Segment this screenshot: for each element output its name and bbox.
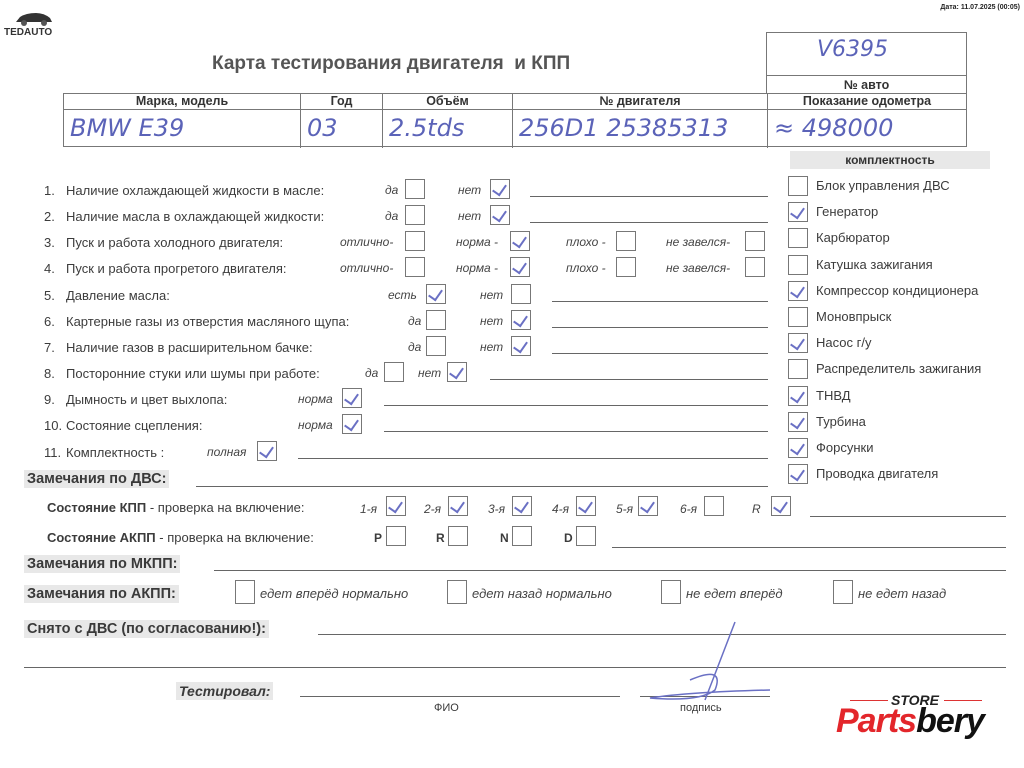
kit-checkbox[interactable] [788, 176, 808, 196]
akpp-option-label: не едет вперёд [686, 586, 783, 601]
gear-checkbox-6[interactable] [704, 496, 724, 516]
option-label: не завелся- [666, 261, 730, 275]
mkpp-remarks-label: Замечания по МКПП: [24, 555, 180, 573]
check-text: Комплектность : [66, 445, 164, 460]
option-label: нет [458, 183, 481, 197]
check-6-option-2[interactable] [511, 310, 531, 330]
kit-checkbox[interactable] [788, 307, 808, 327]
check-3-option-4[interactable] [745, 231, 765, 251]
check-text: Дымность и цвет выхлопа: [66, 392, 227, 407]
volume-value: 2.5tds [389, 111, 508, 145]
option-label: нет [458, 209, 481, 223]
check-notes-line[interactable] [530, 196, 768, 197]
check-5-option-1[interactable] [426, 284, 446, 304]
kit-item-label: Катушка зажигания [816, 257, 933, 272]
akpp-option-checkbox-1[interactable] [235, 580, 255, 604]
page-title: Карта тестирования двигателя и КПП [212, 53, 570, 75]
check-number: 2. [44, 209, 55, 224]
akpp-gear-checkbox-2[interactable] [448, 526, 468, 546]
option-label: да [365, 366, 378, 380]
engine-remarks-line[interactable] [196, 486, 768, 487]
check-notes-line[interactable] [530, 222, 768, 223]
col-odometer: Показание одометра ≈ 498000 [767, 94, 966, 148]
check-number: 1. [44, 183, 55, 198]
check-number: 8. [44, 366, 55, 381]
kit-checkbox[interactable] [788, 438, 808, 458]
kit-checkbox[interactable] [788, 202, 808, 222]
option-label: плохо - [566, 261, 606, 275]
store-logo-red: Parts [836, 702, 916, 740]
kit-checkbox[interactable] [788, 359, 808, 379]
check-4-option-2[interactable] [510, 257, 530, 277]
check-number: 11. [44, 445, 61, 460]
gear-label: R [752, 502, 761, 516]
kit-item-label: Блок управления ДВС [816, 178, 950, 193]
check-number: 7. [44, 340, 55, 355]
mkpp-remarks-line[interactable] [214, 570, 1006, 571]
check-notes-line[interactable] [384, 405, 768, 406]
option-label: отлично- [340, 261, 393, 275]
check-5-option-2[interactable] [511, 284, 531, 304]
check-text: Наличие газов в расширительном бачке: [66, 340, 313, 355]
gear-label: 5-я [616, 502, 633, 516]
check-4-option-1[interactable] [405, 257, 425, 277]
check-text: Посторонние стуки или шумы при работе: [66, 366, 320, 381]
check-1-option-1[interactable] [405, 179, 425, 199]
option-label: нет [418, 366, 441, 380]
akpp-option-checkbox-4[interactable] [833, 580, 853, 604]
gear-label: 1-я [360, 502, 377, 516]
col-volume: Объём 2.5tds [382, 94, 512, 148]
kit-item-label: Турбина [816, 414, 866, 429]
gear-label: 3-я [488, 502, 505, 516]
kit-checkbox[interactable] [788, 464, 808, 484]
check-4-option-3[interactable] [616, 257, 636, 277]
akpp-option-label: едет вперёд нормально [260, 586, 408, 601]
option-label: да [385, 209, 398, 223]
auto-gearbox-label: Состояние АКПП - проверка на включение: [47, 530, 314, 545]
gear-checkbox-1[interactable] [386, 496, 406, 516]
option-label: плохо - [566, 235, 606, 249]
check-number: 6. [44, 314, 55, 329]
check-2-option-1[interactable] [405, 205, 425, 225]
removed-label: Снято с ДВС (по согласованию!): [24, 620, 269, 638]
gear-checkbox-7[interactable] [771, 496, 791, 516]
check-6-option-1[interactable] [426, 310, 446, 330]
akpp-gear-checkbox-3[interactable] [512, 526, 532, 546]
check-number: 10. [44, 418, 62, 433]
akpp-gear-label: D [564, 531, 573, 545]
kit-item-label: Форсунки [816, 440, 873, 455]
store-logo-black: bery [916, 702, 984, 740]
option-label: не завелся- [666, 235, 730, 249]
gear-label: 2-я [424, 502, 441, 516]
kit-item-label: Насос г/у [816, 335, 871, 350]
vehicle-info-table: Марка, модель BMW E39 Год 03 Объём 2.5td… [63, 93, 967, 147]
option-label: есть [388, 288, 417, 302]
akpp-gear-label: P [374, 531, 382, 545]
check-number: 5. [44, 288, 55, 303]
akpp-gear-checkbox-1[interactable] [386, 526, 406, 546]
kit-checkbox[interactable] [788, 333, 808, 353]
check-4-option-4[interactable] [745, 257, 765, 277]
year-value: 03 [307, 111, 378, 145]
option-label: полная [207, 445, 246, 459]
check-9-option-1[interactable] [342, 388, 362, 408]
check-number: 9. [44, 392, 55, 407]
akpp-option-checkbox-2[interactable] [447, 580, 467, 604]
kit-item-label: Распределитель зажигания [816, 361, 981, 376]
auto-number-box: V6395 № авто [766, 32, 967, 94]
engine-remarks-label: Замечания по ДВС: [24, 470, 169, 488]
check-notes-line[interactable] [552, 353, 768, 354]
kit-item-label: Проводка двигателя [816, 466, 938, 481]
check-text: Состояние сцепления: [66, 418, 202, 433]
check-text: Давление масла: [66, 288, 170, 303]
check-text: Наличие масла в охлаждающей жидкости: [66, 209, 324, 224]
tedauto-logo: TEDAUTO [4, 10, 64, 40]
col-make-model: Марка, модель BMW E39 [64, 94, 300, 148]
kit-checkbox[interactable] [788, 228, 808, 248]
check-notes-line[interactable] [552, 327, 768, 328]
gear-label: 6-я [680, 502, 697, 516]
check-11-option-1[interactable] [257, 441, 277, 461]
brand-text: TEDAUTO [4, 27, 52, 38]
check-notes-line[interactable] [384, 431, 768, 432]
kit-item-label: Карбюратор [816, 230, 890, 245]
check-8-option-1[interactable] [384, 362, 404, 382]
check-number: 4. [44, 261, 55, 276]
akpp-option-label: не едет назад [858, 586, 946, 601]
kit-checkbox[interactable] [788, 386, 808, 406]
check-notes-line[interactable] [490, 379, 768, 380]
akpp-gear-checkbox-4[interactable] [576, 526, 596, 546]
option-label: да [408, 314, 421, 328]
kit-title: комплектность [790, 151, 990, 169]
check-text: Пуск и работа холодного двигателя: [66, 235, 283, 250]
gear-checkbox-3[interactable] [512, 496, 532, 516]
akpp-remarks-label: Замечания по АКПП: [24, 585, 179, 603]
auto-number-value: V6395 [817, 37, 888, 62]
gear-label: 4-я [552, 502, 569, 516]
date-stamp: Дата: 11.07.2025 (00:05) [940, 4, 1020, 11]
akpp-option-label: едет назад нормально [472, 586, 612, 601]
gear-checkbox-2[interactable] [448, 496, 468, 516]
check-8-option-2[interactable] [447, 362, 467, 382]
kit-checkbox[interactable] [788, 412, 808, 432]
gear-checkbox-5[interactable] [638, 496, 658, 516]
store-logo: STORE Partsbery [836, 692, 1006, 752]
check-text: Пуск и работа прогретого двигателя: [66, 261, 286, 276]
akpp-gear-label: N [500, 531, 509, 545]
check-3-option-2[interactable] [510, 231, 530, 251]
option-label: норма - [456, 235, 498, 249]
check-2-option-2[interactable] [490, 205, 510, 225]
option-label: норма [298, 392, 333, 406]
check-notes-line[interactable] [552, 301, 768, 302]
check-number: 3. [44, 235, 55, 250]
check-3-option-3[interactable] [616, 231, 636, 251]
check-10-option-1[interactable] [342, 414, 362, 434]
option-label: нет [480, 314, 503, 328]
kit-checkbox[interactable] [788, 255, 808, 275]
check-notes-line[interactable] [298, 458, 768, 459]
check-text: Картерные газы из отверстия масляного щу… [66, 314, 349, 329]
check-text: Наличие охлаждающей жидкости в масле: [66, 183, 324, 198]
car-icon [14, 10, 54, 26]
option-label: нет [480, 340, 503, 354]
odometer-value: ≈ 498000 [774, 111, 962, 145]
name-caption: ФИО [434, 702, 459, 714]
kit-item-label: Генератор [816, 204, 878, 219]
name-line[interactable] [300, 696, 620, 697]
option-label: нет [480, 288, 503, 302]
check-3-option-1[interactable] [405, 231, 425, 251]
option-label: да [408, 340, 421, 354]
engine-number-value: 256D1 25385313 [519, 111, 763, 145]
option-label: норма [298, 418, 333, 432]
make-model-value: BMW E39 [70, 111, 296, 145]
manual-gearbox-label: Состояние КПП - проверка на включение: [47, 500, 304, 515]
col-year: Год 03 [300, 94, 382, 148]
option-label: норма - [456, 261, 498, 275]
check-7-option-1[interactable] [426, 336, 446, 356]
check-1-option-2[interactable] [490, 179, 510, 199]
kit-item-label: Моновпрыск [816, 309, 891, 324]
kit-checkbox[interactable] [788, 281, 808, 301]
kit-item-label: ТНВД [816, 388, 851, 403]
auto-number-label: № авто [767, 75, 966, 94]
gear-checkbox-4[interactable] [576, 496, 596, 516]
col-engine-number: № двигателя 256D1 25385313 [512, 94, 767, 148]
akpp-option-checkbox-3[interactable] [661, 580, 681, 604]
akpp-gear-label: R [436, 531, 445, 545]
check-7-option-2[interactable] [511, 336, 531, 356]
option-label: да [385, 183, 398, 197]
tested-by-label: Тестировал: [176, 682, 273, 700]
option-label: отлично- [340, 235, 393, 249]
signature-mark [630, 620, 780, 710]
kit-item-label: Компрессор кондиционера [816, 283, 978, 298]
